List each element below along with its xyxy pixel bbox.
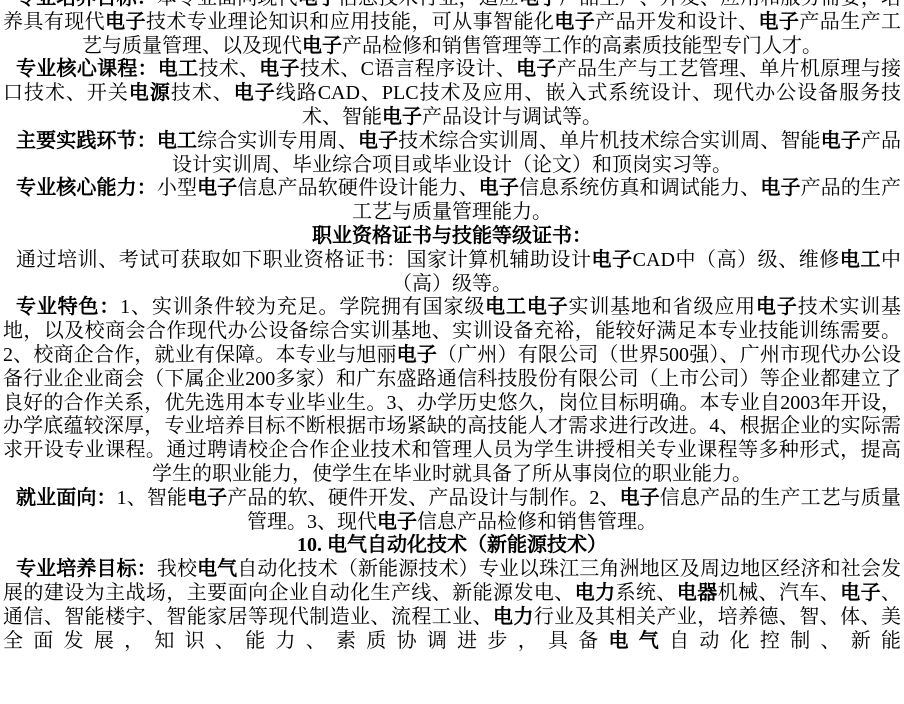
keyword-bold-text: 电气 xyxy=(197,558,237,580)
body-text: 技术专业理论知识和应用技能，可从事智能化 xyxy=(146,11,554,33)
para-features: 专业特色：1、实训条件较为充足。学院拥有国家级电工电子实训基地和省级应用电子技术… xyxy=(3,296,901,486)
para-training-objective-1: 专业培养目标：本专业面向现代电子信息技术行业，适应电子产品生产、开发、应用和服务… xyxy=(3,0,901,58)
keyword-bold-text: 电子 xyxy=(519,0,559,9)
keyword-bold-text: 电子 xyxy=(479,177,519,199)
keyword-bold-text: 电子 xyxy=(358,130,398,152)
keyword-bold-text: 电子 xyxy=(760,177,800,199)
keyword-bold-text: 电子 xyxy=(592,249,633,271)
keyword-bold-text: 电子 xyxy=(298,0,338,9)
para-certificates: 通过培训、考试可获取如下职业资格证书：国家计算机辅助设计电子CAD中（高）级、维… xyxy=(3,249,901,297)
para-core-ability: 专业核心能力：小型电子信息产品软硬件设计能力、电子信息系统仿真和调试能力、电子产… xyxy=(3,177,901,225)
paragraph-label-text: 专业培养目标： xyxy=(16,558,157,580)
keyword-bold-text: 电子 xyxy=(234,82,276,104)
keyword-bold-text: 电子 xyxy=(759,11,800,33)
keyword-bold-text: 电子 xyxy=(756,296,798,318)
keyword-bold-text: 电子 xyxy=(302,35,342,57)
keyword-bold-text: 电子 xyxy=(382,106,422,128)
heading-certificates: 职业资格证书与技能等级证书： xyxy=(3,225,901,249)
keyword-bold-text: 电工 xyxy=(158,58,199,80)
body-text: 信息技术行业，适应 xyxy=(338,0,519,9)
para-practice: 主要实践环节：电工综合实训专用周、电子技术综合实训周、单片机技术综合实训周、智能… xyxy=(3,130,901,178)
keyword-bold-text: 电工 xyxy=(157,130,197,152)
body-text: 信息产品软硬件设计能力、 xyxy=(237,177,478,199)
keyword-bold-text: 电子 xyxy=(377,511,417,533)
body-text: 1、实训条件较为充足。学院拥有国家级 xyxy=(120,296,485,318)
body-text: 信息产品检修和销售管理。 xyxy=(417,511,657,533)
body-text: 自动化控制、新能 xyxy=(669,630,901,652)
body-text: 产品设计与调试等。 xyxy=(422,106,602,128)
paragraph-label-text: 主要实践环节： xyxy=(16,130,157,152)
body-text: 通过培训、考试可获取如下职业资格证书：国家计算机辅助设计 xyxy=(16,249,592,271)
keyword-bold-text: 电气 xyxy=(609,630,670,652)
keyword-bold-text: 电力 xyxy=(493,606,534,628)
keyword-bold-text: 电子 xyxy=(105,11,146,33)
body-text: 机械、汽车、 xyxy=(718,582,841,604)
body-text: 技术、 xyxy=(171,82,234,104)
body-text: 产品的软、硬件开发、产品设计与制作。2、 xyxy=(227,487,619,509)
keyword-bold-text: 电器 xyxy=(677,582,718,604)
body-text: 产品开发和设计、 xyxy=(595,11,758,33)
paragraph-label-text: 就业面向： xyxy=(16,487,117,509)
para-training-objective-2: 专业培养目标：我校电气自动化技术（新能源技术）专业以珠江三角洲地区及周边地区经济… xyxy=(3,558,901,653)
keyword-bold-text: 电子 xyxy=(620,487,660,509)
body-text: 系统、 xyxy=(616,582,677,604)
body-text: 技术、 xyxy=(198,58,259,80)
body-text: 综合实训专用周、 xyxy=(197,130,358,152)
document-page: 专业培养目标：本专业面向现代电子信息技术行业，适应电子产品生产、开发、应用和服务… xyxy=(0,0,904,704)
body-text: 实训基地和省级应用 xyxy=(569,296,757,318)
keyword-bold-text: 电子 xyxy=(259,58,300,80)
keyword-bold-text: 电工电子 xyxy=(485,296,568,318)
paragraph-label-text: 职业资格证书与技能等级证书： xyxy=(312,225,592,247)
keyword-bold-text: 电子 xyxy=(821,130,861,152)
body-text: CAD中（高）级、维修 xyxy=(633,249,840,271)
keyword-bold-text: 电力 xyxy=(575,582,616,604)
keyword-bold-text: 电工 xyxy=(840,249,881,271)
paragraph-label-text: 10. 电气自动化技术（新能源技术） xyxy=(297,534,607,556)
body-text: 信息系统仿真和调试能力、 xyxy=(519,177,760,199)
body-text: 技术、C语言程序设计、 xyxy=(300,58,516,80)
keyword-bold-text: 电子 xyxy=(554,11,595,33)
document-text-body: 专业培养目标：本专业面向现代电子信息技术行业，适应电子产品生产、开发、应用和服务… xyxy=(0,0,904,653)
keyword-bold-text: 电源 xyxy=(129,82,171,104)
paragraph-label-text: 专业特色： xyxy=(16,296,120,318)
keyword-bold-text: 电子 xyxy=(187,487,227,509)
paragraph-label-text: 专业核心能力： xyxy=(16,177,157,199)
keyword-bold-text: 电子 xyxy=(197,177,237,199)
paragraph-label-text: 专业核心课程： xyxy=(16,58,158,80)
body-text: 小型 xyxy=(157,177,197,199)
para-core-courses: 专业核心课程：电工技术、电子技术、C语言程序设计、电子产品生产与工艺管理、单片机… xyxy=(3,58,901,129)
body-text: 1、智能 xyxy=(117,487,187,509)
body-text: 技术综合实训周、单片机技术综合实训周、智能 xyxy=(398,130,820,152)
body-text: 产品检修和销售管理等工作的高素质技能型专门人才。 xyxy=(342,35,822,57)
keyword-bold-text: 电子 xyxy=(397,344,437,366)
paragraph-label-text: 专业培养目标： xyxy=(16,0,157,9)
body-text: 本专业面向现代 xyxy=(157,0,298,9)
keyword-bold-text: 电子 xyxy=(516,58,557,80)
body-text: 我校 xyxy=(157,558,197,580)
para-employment: 就业面向：1、智能电子产品的软、硬件开发、产品设计与制作。2、电子信息产品的生产… xyxy=(3,487,901,535)
heading-section-10: 10. 电气自动化技术（新能源技术） xyxy=(3,534,901,558)
keyword-bold-text: 电子 xyxy=(840,582,881,604)
